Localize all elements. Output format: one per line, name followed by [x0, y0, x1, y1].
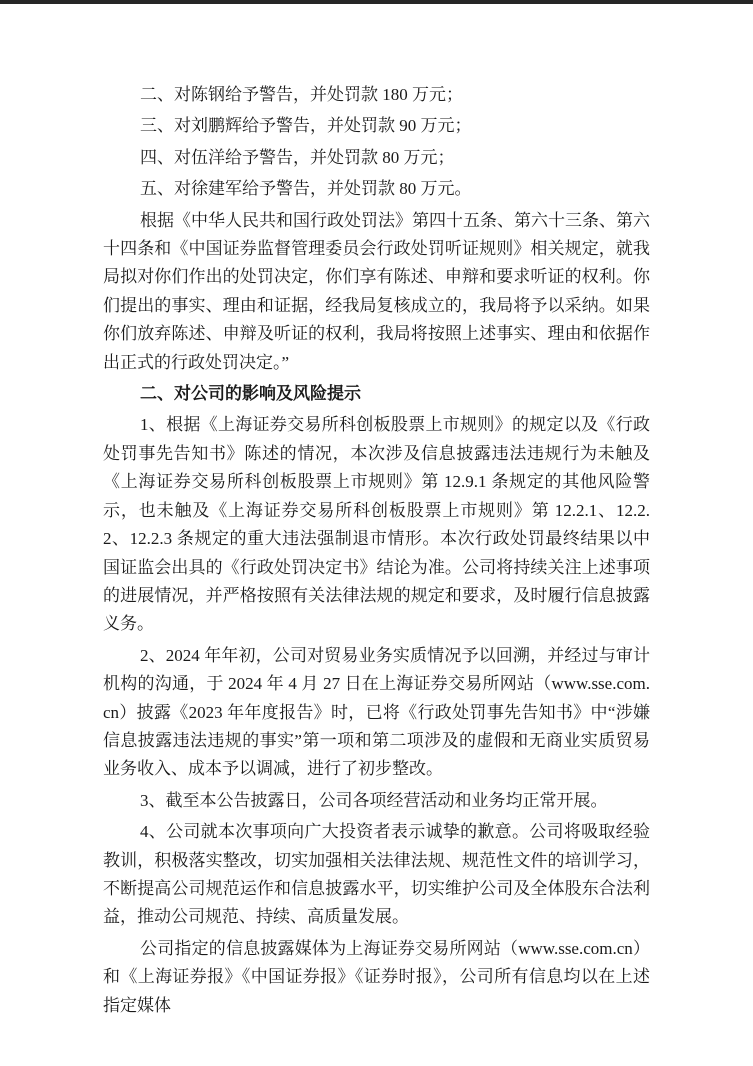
paragraph: 根据《中华人民共和国行政处罚法》第四十五条、第六十三条、第六十四条和《中国证券监… — [103, 207, 650, 377]
list-item: 三、对刘鹏辉给予警告，并处罚款 90 万元； — [103, 112, 650, 140]
list-item: 五、对徐建军给予警告，并处罚款 80 万元。 — [103, 175, 650, 203]
page-top-edge — [0, 0, 753, 4]
paragraph: 1、根据《上海证券交易所科创板股票上市规则》的规定以及《行政处罚事先告知书》陈述… — [103, 411, 650, 638]
list-item: 二、对陈钢给予警告，并处罚款 180 万元； — [103, 81, 650, 109]
document-body: 二、对陈钢给予警告，并处罚款 180 万元；三、对刘鹏辉给予警告，并处罚款 90… — [103, 81, 650, 1023]
paragraph: 2、2024 年年初，公司对贸易业务实质情况予以回溯，并经过与审计机构的沟通，于… — [103, 642, 650, 784]
section-heading: 二、对公司的影响及风险提示 — [103, 380, 650, 408]
paragraph: 公司指定的信息披露媒体为上海证券交易所网站（www.sse.com.cn）和《上… — [103, 935, 650, 1020]
paragraph: 4、公司就本次事项向广大投资者表示诚挚的歉意。公司将吸取经验教训，积极落实整改，… — [103, 818, 650, 932]
paragraph: 3、截至本公告披露日，公司各项经营活动和业务均正常开展。 — [103, 787, 650, 815]
list-item: 四、对伍洋给予警告，并处罚款 80 万元； — [103, 144, 650, 172]
